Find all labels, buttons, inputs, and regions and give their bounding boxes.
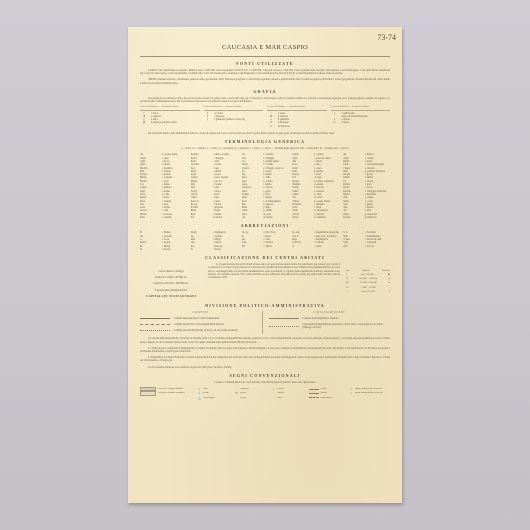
legend-item: ferrovia a binario semplice — [140, 391, 194, 395]
paragraph: Le circoscrizioni indicate sono quelle i… — [140, 366, 390, 369]
transcription-row: yi gutturale (simile al russo ы) — [204, 118, 264, 121]
title-rule — [140, 56, 390, 57]
legend-column: ×quote altimetriche in metri×quote batim… — [349, 387, 390, 400]
transcription-row: tsz aspra — [331, 121, 391, 124]
legend-label: Capoluoghi di Repubbliche autonome e di … — [303, 323, 391, 330]
abbreviation-column: B.= BolšojCh.= ChrebetG.= GoraKend.= Ken… — [140, 231, 187, 251]
section-terminologia: TERMINOLOGIA GENERICA a. = arabo; ar. = … — [140, 139, 390, 219]
expansion: = Staryj — [213, 248, 238, 251]
legend-label: Confini interni fra le varie Repubbliche… — [174, 323, 224, 326]
line-icon — [309, 393, 319, 394]
expansion: = Stretto — [263, 245, 288, 248]
legend-item: carovaniera — [309, 396, 346, 400]
transcription-column: Lettera dell'alfabeto — Pronunzia italia… — [140, 106, 200, 128]
boundary-line-sample — [269, 326, 299, 327]
legend-row: Capitale della Repubblica federata — [269, 317, 391, 320]
section-heading: SEGNI CONVENZIONALI — [140, 373, 390, 378]
section-divisione: DIVISIONE POLITICO-AMMINISTRATIVA CONFIN… — [140, 303, 390, 369]
legend-row: Confini interni fra le varie Repubbliche… — [140, 323, 262, 326]
boundary-line-sample — [269, 318, 299, 319]
railway-swatch-icon — [140, 391, 156, 395]
paragraph: Nei paesili in cui l'alfabeto latino, ne… — [140, 97, 390, 103]
boundary-line-sample — [140, 324, 170, 325]
definition: a. santuario — [314, 216, 339, 219]
abbreviation: Str. — [242, 245, 262, 248]
section-heading: GRAFIA — [140, 89, 390, 94]
expansion: = Novyj — [162, 248, 187, 251]
line-icon — [309, 389, 319, 390]
pronunciation: g aspirata spirante velare — [151, 121, 177, 124]
abbreviation-column: S. S.= SovchozStab.= StabilimentoT. Aut.… — [343, 231, 390, 251]
paragraph: Per nomi nell'ambito delle Repubbliche f… — [140, 132, 390, 135]
column-heading: Lettera dell'alfabeto — Pronunzia italia… — [331, 106, 391, 110]
legend-label: carovaniera — [321, 396, 333, 400]
district-legend: CIRCOSCRIZIONI Capitale della Repubblica… — [262, 311, 391, 334]
letter: y — [204, 118, 212, 121]
abbreviation-column: R. Aut.= Repubblica AutonomaR.S.S.= Rep.… — [292, 231, 339, 251]
column-heading: Lettera dell'alfabeto — Pronunzia italia… — [267, 106, 327, 110]
map-symbol-icon: · — [272, 396, 276, 400]
legend-column: ·sorgente※pozzo·passo — [235, 387, 269, 400]
section-grafia: GRAFIA Nei paesili in cui l'alfabeto lat… — [140, 89, 390, 135]
map-symbol-icon: · — [235, 396, 239, 400]
transcription-column: Lettera dell'alfabeto — Pronunzia italia… — [267, 106, 327, 128]
map-symbol-icon: × — [349, 391, 353, 395]
paragraph: Le linee e i simboli usati sono conformi… — [140, 381, 390, 384]
glossary-row: Sarar. monte — [191, 216, 238, 219]
definition: ar. monte — [213, 216, 238, 219]
pronunciation: i gutturale (simile al russo ы) — [215, 118, 245, 121]
table-cell: ∘ — [388, 290, 390, 294]
paragraph: La Transcaucasia comprende le Repubblich… — [140, 347, 390, 353]
column-heading: CONFINI — [140, 311, 262, 314]
legend-label: Confini internazionali fra Stati indipen… — [174, 317, 219, 320]
abbreviation-column: Ob. pr.= Obl. Prov.R.= RekaSel.= SeloSta… — [242, 231, 289, 251]
legend-column: ‡faro‡porto⚓ancoraggio — [197, 387, 231, 400]
section-fonti: FONTI UTILIZZATE CARTE: Carta dell'Istit… — [140, 61, 390, 85]
glossary-row: Kalat. castello — [140, 216, 187, 219]
legend-column: canalestradacarovaniera — [309, 387, 346, 400]
glossary-table: Abp. acqua, fiumeAdasit. isolaAghit. boc… — [140, 153, 390, 219]
paragraph: La Unione delle Repubbliche Socialiste S… — [140, 337, 390, 343]
column-heading: Lettera dell'alfabeto — Pronunzia italia… — [140, 106, 200, 110]
transcription-column: Lettera dell'alfabeto — Pronunzia italia… — [204, 106, 264, 128]
legend-label: passo — [241, 396, 247, 400]
pronunciation: eu francese — [278, 125, 290, 128]
legend-column: ▪rovine·tomba·forte — [272, 387, 306, 400]
term: Ziaret — [292, 216, 312, 219]
paragraph: CARTE: Carta dell'Istituto Geografico Mi… — [140, 69, 390, 75]
legend-label: ancoraggio — [203, 396, 214, 400]
term: Kala — [140, 216, 160, 219]
transcription-row: öeu francese — [267, 125, 327, 128]
boundary-line-sample — [140, 318, 170, 319]
page-number: 73-74 — [377, 33, 396, 42]
column-heading: CIRCOSCRIZIONI — [269, 311, 391, 314]
section-heading: DIVISIONE POLITICO-AMMINISTRATIVA — [140, 303, 390, 308]
section-heading: ABBREVIAZIONI — [140, 223, 390, 228]
abbreviation-row: Zav.= Zavod — [343, 245, 390, 248]
legend-row: Capoluoghi di Repubbliche autonome e di … — [269, 323, 391, 330]
definition: t. castello — [162, 216, 187, 219]
transcription-row: ghg aspirata spirante velare — [140, 121, 200, 124]
letter: ö — [267, 125, 275, 128]
table-row: Vmeno di 5 000∘ — [346, 290, 390, 294]
legend-label: Confini provinciali (Oblast), di Kraj e … — [174, 329, 238, 332]
table-cell: meno di 5 000 — [361, 290, 375, 294]
abbreviation: St. — [191, 248, 211, 251]
legend-label: forte — [278, 396, 283, 400]
term: Get — [242, 216, 262, 219]
abbreviation: Z. — [292, 245, 312, 248]
glossary-row: Ziareta. santuario — [292, 216, 339, 219]
glossary-row: Kvemog. inferiore — [343, 216, 390, 219]
letter: gh — [140, 121, 148, 124]
boundary-line-sample — [140, 330, 170, 331]
legend-column: ferrovia a doppio binarioferrovia a bina… — [140, 387, 194, 400]
glossary-row: Getar. fiume — [242, 216, 289, 219]
glossary-column: Akt. biancoArykt. canaleBalykt. pesceCha… — [343, 153, 390, 219]
section-classificazione: CLASSIFICAZIONE DEI CENTRI ABITATI Centr… — [140, 255, 390, 299]
paragraph: a. = arabo; ar. = armeno; c. = curdo; g.… — [140, 147, 390, 150]
legend-label: quote batimetriche in metri — [355, 391, 382, 395]
abbreviation-row: Str.= Stretto — [242, 245, 289, 248]
section-heading: FONTI UTILIZZATE — [140, 61, 390, 66]
glossary-column: Abp. acqua, fiumeAdasit. isolaAghit. boc… — [140, 153, 187, 219]
abbreviation: Zav. — [343, 245, 363, 248]
term: Sar — [191, 216, 211, 219]
legend-row: Confini provinciali (Oblast), di Kraj e … — [140, 329, 262, 332]
paragraph: OPERE: Annuari statistici; Censimento ge… — [140, 78, 390, 84]
abbreviation-row: N.= Novyj — [140, 248, 187, 251]
paragraph: La classificazione dei centri abitati si… — [208, 263, 340, 279]
pronunciation: z aspra — [342, 121, 349, 124]
map-symbol-icon: ⚓ — [197, 396, 201, 400]
paragraph: La Repubblica Socialista Federativa Sovi… — [140, 356, 390, 362]
boundary-legend: CONFINI Confini internazionali fra Stati… — [140, 311, 262, 334]
symbol-legend: ferrovia a doppio binarioferrovia a bina… — [140, 387, 390, 400]
page-title: CAUCASIA E MAR CASPIO — [140, 44, 390, 51]
legend-item: ·passo — [235, 396, 269, 400]
expansion: = Zavod — [365, 245, 390, 248]
abbreviation-table: B.= BolšojCh.= ChrebetG.= GoraKend.= Ken… — [140, 231, 390, 251]
legend-item: ⚓ancoraggio — [197, 396, 231, 400]
settlement-samples: Centri minori, villaggi Centri fra 5 000… — [140, 263, 202, 299]
glossary-column: Ghelig. vallataJajlat. pascolo estivoJur… — [292, 153, 339, 219]
section-heading: TERMINOLOGIA GENERICA — [140, 139, 390, 144]
glossary-column: Selt. torrenteSelor. villaggioSort. palu… — [242, 153, 289, 219]
definition: g. inferiore — [365, 216, 390, 219]
section-abbreviazioni: ABBREVIAZIONI B.= BolšojCh.= ChrebetG.= … — [140, 223, 390, 251]
glossary-column: Kamenr. pietra, scoglioKendt. villaggioK… — [191, 153, 238, 219]
transcription-column: Lettera dell'alfabeto — Pronunzia italia… — [331, 106, 391, 128]
dashed-line-icon — [309, 397, 319, 398]
abbreviation: N. — [140, 248, 160, 251]
legend-item: ×quote batimetriche in metri — [349, 391, 390, 395]
section-heading: CLASSIFICAZIONE DEI CENTRI ABITATI — [140, 255, 390, 260]
section-segni: SEGNI CONVENZIONALI Le linee e i simboli… — [140, 373, 390, 400]
column-heading: Lettera dell'alfabeto — Pronunzia italia… — [204, 106, 264, 110]
legend-label: Capitale della Repubblica federata — [303, 317, 339, 320]
expansion: = Zaliv — [314, 245, 339, 248]
atlas-page: 73-74 CAUCASIA E MAR CASPIO FONTI UTILIZ… — [128, 27, 402, 503]
term: Kvemo — [343, 216, 363, 219]
legend-row: Confini internazionali fra Stati indipen… — [140, 317, 262, 320]
transcription-table: Lettera dell'alfabeto — Pronunzia italia… — [140, 106, 390, 128]
abbreviation-column: Dagh= DaghestanGr.= GrandeMal.= MalyjOst… — [191, 231, 238, 251]
abbreviation-row: Z.= Zaliv — [292, 245, 339, 248]
legend-item: ·forte — [272, 396, 306, 400]
legend-label: ferrovia a binario semplice — [158, 391, 185, 395]
definition: ar. fiume — [263, 216, 288, 219]
table-cell: V — [346, 290, 348, 294]
sample-label: CAPITALI DI STATI SOVRANI — [140, 293, 202, 299]
abbreviation-row: St.= Staryj — [191, 248, 238, 251]
letter: ts — [331, 121, 339, 124]
population-table: Cat.AbitantiSimboloIoltre 500 000◉II100 … — [346, 263, 390, 294]
